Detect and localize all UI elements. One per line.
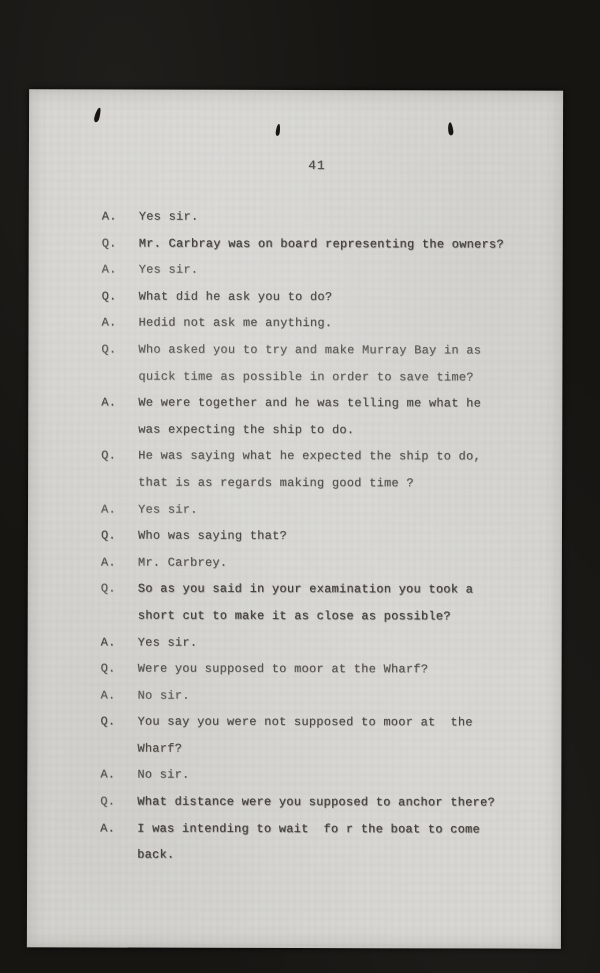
qa-entry: Q. Mr. Carbray was on board representing… bbox=[102, 230, 547, 258]
entry-lines: Hedid not ask me anything. bbox=[138, 310, 546, 338]
transcript-line: No sir. bbox=[137, 762, 545, 790]
transcript-line: Yes sir. bbox=[139, 204, 547, 232]
speaker-marker: A. bbox=[101, 549, 138, 576]
transcript-line: What did he ask you to do? bbox=[139, 283, 547, 311]
entry-lines: He was saying what he expected the ship … bbox=[138, 443, 546, 497]
qa-entry: A. No sir. bbox=[100, 762, 545, 790]
speaker-marker: A. bbox=[101, 629, 138, 656]
transcript-line: Were you supposed to moor at the Wharf? bbox=[138, 656, 546, 684]
ink-mark bbox=[275, 124, 280, 136]
page-number: 41 bbox=[287, 158, 347, 173]
qa-entry: Q. He was saying what he expected the sh… bbox=[101, 443, 546, 497]
speaker-marker: A. bbox=[101, 496, 138, 523]
entry-lines: Yes sir. bbox=[138, 496, 546, 524]
transcript-line: Yes sir. bbox=[138, 629, 546, 657]
speaker-marker: A. bbox=[101, 390, 138, 417]
qa-entry: Q. Who asked you to try and make Murray … bbox=[101, 336, 546, 390]
transcript-line: He was saying what he expected the ship … bbox=[138, 443, 546, 471]
qa-entry: A. Hedid not ask me anything. bbox=[101, 310, 546, 338]
transcript-line: You say you were not supposed to moor at… bbox=[137, 709, 545, 737]
scan-background: 41 A. Yes sir. Q. Mr. Carbray was on boa… bbox=[0, 0, 600, 973]
speaker-marker: A. bbox=[101, 682, 138, 709]
entry-lines: Mr. Carbray was on board representing th… bbox=[139, 230, 547, 258]
entry-lines: Mr. Carbrey. bbox=[138, 549, 546, 577]
transcript-line: back. bbox=[137, 842, 545, 870]
entry-lines: So as you said in your examination you t… bbox=[138, 576, 546, 630]
qa-entry: A. Yes sir. bbox=[102, 257, 547, 285]
qa-entry: Q. You say you were not supposed to moor… bbox=[100, 709, 545, 763]
speaker-marker: Q. bbox=[101, 336, 138, 363]
speaker-marker: A. bbox=[100, 762, 137, 789]
speaker-marker: Q. bbox=[101, 443, 138, 470]
speaker-marker: Q. bbox=[100, 709, 137, 736]
speaker-marker: A. bbox=[102, 203, 139, 230]
entry-lines: We were together and he was telling me w… bbox=[138, 390, 546, 444]
ink-mark bbox=[447, 122, 454, 136]
entry-lines: I was intending to wait fo r the boat to… bbox=[137, 815, 545, 869]
entry-lines: Yes sir. bbox=[138, 629, 546, 657]
transcript-line: So as you said in your examination you t… bbox=[138, 576, 546, 604]
transcript-line: I was intending to wait fo r the boat to… bbox=[137, 815, 545, 843]
transcript: A. Yes sir. Q. Mr. Carbray was on board … bbox=[100, 203, 547, 869]
transcript-line: Mr. Carbrey. bbox=[138, 549, 546, 577]
qa-entry: A. Yes sir. bbox=[102, 203, 547, 231]
transcript-line: We were together and he was telling me w… bbox=[138, 390, 546, 418]
speaker-marker: A. bbox=[100, 815, 137, 842]
qa-entry: A. Yes sir. bbox=[101, 629, 546, 657]
transcript-line: Who was saying that? bbox=[138, 523, 546, 551]
speaker-marker: A. bbox=[101, 310, 138, 337]
transcript-line: Wharf? bbox=[137, 735, 545, 763]
speaker-marker: Q. bbox=[101, 523, 138, 550]
entry-lines: Who was saying that? bbox=[138, 523, 546, 551]
entry-lines: Yes sir. bbox=[139, 257, 547, 285]
transcript-line: Yes sir. bbox=[138, 496, 546, 524]
speaker-marker: Q. bbox=[101, 656, 138, 683]
speaker-marker: Q. bbox=[100, 789, 137, 816]
transcript-line: What distance were you supposed to ancho… bbox=[137, 789, 545, 817]
entry-lines: You say you were not supposed to moor at… bbox=[137, 709, 545, 763]
entry-lines: No sir. bbox=[137, 762, 545, 790]
transcript-line: Yes sir. bbox=[139, 257, 547, 285]
speaker-marker: Q. bbox=[101, 576, 138, 603]
qa-entry: Q. So as you said in your examination yo… bbox=[101, 576, 546, 630]
transcript-line: Who asked you to try and make Murray Bay… bbox=[138, 337, 546, 365]
entry-lines: No sir. bbox=[138, 682, 546, 710]
transcript-line: Hedid not ask me anything. bbox=[138, 310, 546, 338]
entry-lines: Who asked you to try and make Murray Bay… bbox=[138, 337, 546, 391]
speaker-marker: Q. bbox=[102, 230, 139, 257]
document-page: 41 A. Yes sir. Q. Mr. Carbray was on boa… bbox=[27, 89, 563, 948]
transcript-line: that is as regards making good time ? bbox=[138, 470, 546, 498]
qa-entry: A. I was intending to wait fo r the boat… bbox=[100, 815, 545, 869]
transcript-line: No sir. bbox=[138, 682, 546, 710]
qa-entry: Q. Were you supposed to moor at the Whar… bbox=[101, 656, 546, 684]
qa-entry: Q. What did he ask you to do? bbox=[102, 283, 547, 311]
entry-lines: What distance were you supposed to ancho… bbox=[137, 789, 545, 817]
transcript-line: was expecting the ship to do. bbox=[138, 416, 546, 444]
entry-lines: Were you supposed to moor at the Wharf? bbox=[138, 656, 546, 684]
qa-entry: Q. What distance were you supposed to an… bbox=[100, 789, 545, 817]
qa-entry: A. Yes sir. bbox=[101, 496, 546, 524]
qa-entry: Q. Who was saying that? bbox=[101, 523, 546, 551]
transcript-line: quick time as possible in order to save … bbox=[138, 363, 546, 391]
transcript-line: short cut to make it as close as possibl… bbox=[138, 602, 546, 630]
qa-entry: A. Mr. Carbrey. bbox=[101, 549, 546, 577]
qa-entry: A. We were together and he was telling m… bbox=[101, 390, 546, 444]
speaker-marker: A. bbox=[102, 257, 139, 284]
entry-lines: What did he ask you to do? bbox=[139, 283, 547, 311]
transcript-line: Mr. Carbray was on board representing th… bbox=[139, 230, 547, 258]
entry-lines: Yes sir. bbox=[139, 204, 547, 232]
qa-entry: A. No sir. bbox=[101, 682, 546, 710]
ink-mark bbox=[93, 107, 102, 123]
speaker-marker: Q. bbox=[102, 283, 139, 310]
